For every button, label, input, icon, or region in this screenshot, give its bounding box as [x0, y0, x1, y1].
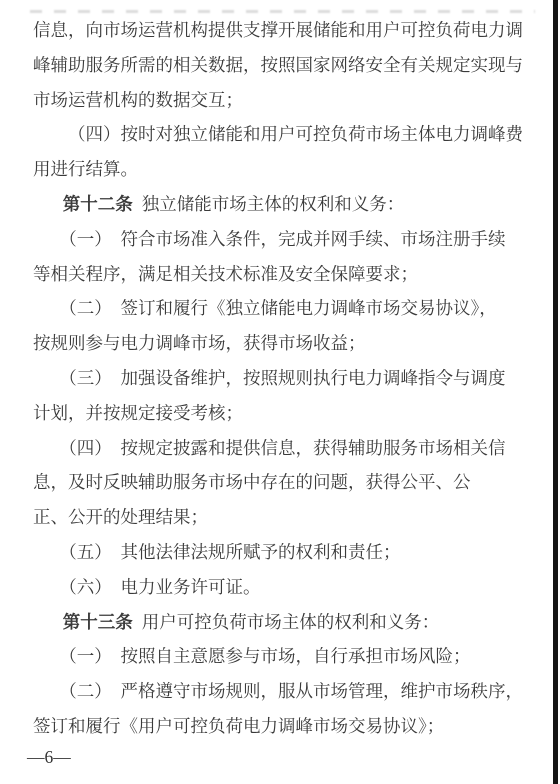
text-line: （一） 符合市场准入条件，完成并网手续、市场注册手续 [33, 222, 538, 257]
text-line: 用进行结算。 [33, 152, 538, 187]
text-line: （一） 按照自主意愿参与市场，自行承担市场风险； [33, 639, 538, 674]
text-line: 等相关程序，满足相关技术标准及安全保障要求； [33, 257, 538, 292]
text-line: （二） 严格遵守市场规则，服从市场管理，维护市场秩序， [33, 674, 538, 709]
text-line: （三） 加强设备维护，按照规则执行电力调峰指令与调度 [33, 361, 538, 396]
article-number: 第十三条 [63, 612, 133, 632]
text-line: 计划，并按规定接受考核； [33, 396, 538, 431]
text-line: 正、公开的处理结果； [33, 500, 538, 535]
text-line: （五） 其他法律法规所赋予的权利和责任； [33, 535, 538, 570]
document-body: 信息，向市场运营机构提供支撑开展储能和用户可控负荷电力调峰辅助服务所需的相关数据… [33, 13, 538, 744]
article-heading-line: 第十三条用户可控负荷市场主体的权利和义务： [33, 605, 538, 640]
text-line: 峰辅助服务所需的相关数据，按照国家网络安全有关规定实现与 [33, 48, 538, 83]
text-line: 签订和履行《用户可控负荷电力调峰市场交易协议》； [33, 709, 538, 744]
text-line: （四） 按规定披露和提供信息，获得辅助服务市场相关信 [33, 431, 538, 466]
page-number: —6— [27, 740, 71, 775]
article-number: 第十二条 [63, 194, 133, 214]
text-line: （四）按时对独立储能和用户可控负荷市场主体电力调峰费 [33, 117, 538, 152]
article-heading-line: 第十二条独立储能市场主体的权利和义务： [33, 187, 538, 222]
text-line: （二） 签订和履行《独立储能电力调峰市场交易协议》， [33, 291, 538, 326]
text-line: 息，及时反映辅助服务市场中存在的问题，获得公平、公 [33, 465, 538, 500]
text-line: （六） 电力业务许可证。 [33, 570, 538, 605]
document-page: 信息，向市场运营机构提供支撑开展储能和用户可控负荷电力调峰辅助服务所需的相关数据… [0, 0, 560, 784]
text-line: 按规则参与电力调峰市场，获得市场收益； [33, 326, 538, 361]
text-line: 信息，向市场运营机构提供支撑开展储能和用户可控负荷电力调 [33, 13, 538, 48]
scan-edge-artifact [553, 0, 558, 784]
text-line: 市场运营机构的数据交互； [33, 83, 538, 118]
